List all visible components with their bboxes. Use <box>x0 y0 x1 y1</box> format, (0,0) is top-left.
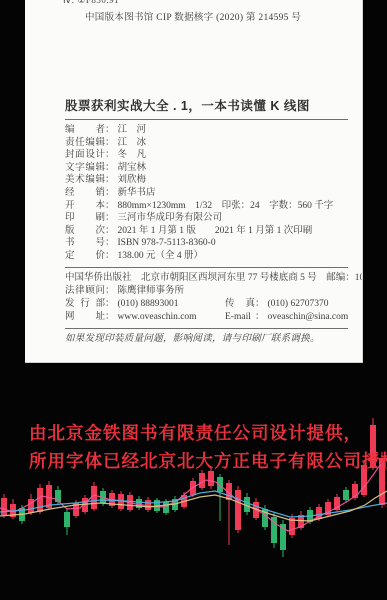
row-value: 三河市华成印务有限公司 <box>118 213 223 223</box>
row-value: oveaschin@sina.com <box>268 312 349 322</box>
colophon-row: 开本：880mm×1230mm 1/32 印张：24 字数：560 千字 <box>65 200 348 213</box>
row-value: 刘欣梅 <box>118 175 147 185</box>
row-label: 定价 <box>65 250 105 263</box>
row-value: 江 冰 <box>118 138 147 148</box>
colophon-row: 编者：江 河 <box>65 124 348 137</box>
row-label: 法律顾问 <box>65 285 105 298</box>
colophon-row: 文字编辑：胡宝林 <box>65 162 348 175</box>
colophon-row: 印刷：三河市华成印务有限公司 <box>65 212 348 225</box>
colophon-row: 定价：138.00 元（全 4 册） <box>65 250 348 263</box>
publisher-row: 发行部：(010) 88893001传真：(010) 62707370 <box>65 298 348 311</box>
copyright-page-content: Ⅳ. ①F830.91 中国版本图书馆 CIP 数据核字 (2020) 第 21… <box>25 0 362 346</box>
row-label: 文字编辑 <box>65 162 105 175</box>
colophon-row: 封面设计：冬 凡 <box>65 149 348 162</box>
colophon-row: 版次：2021 年 1 月第 1 版 2021 年 1 月第 1 次印刷 <box>65 225 348 238</box>
row-value: 胡宝林 <box>118 163 147 173</box>
font-license-line-2: 所用字体已经北京北大方正电子有限公司授权。 <box>29 448 387 476</box>
copyright-page-card: Ⅳ. ①F830.91 中国版本图书馆 CIP 数据核字 (2020) 第 21… <box>25 0 363 363</box>
row-label: 传真 <box>225 298 255 311</box>
row-label: 版次 <box>65 225 105 238</box>
row-value: (010) 88893001 <box>118 299 179 309</box>
row-label: 美术编辑 <box>65 174 105 187</box>
row-label: 网址 <box>65 311 105 324</box>
row-value: 138.00 元（全 4 册） <box>118 251 204 261</box>
row-value: 2021 年 1 月第 1 版 2021 年 1 月第 1 次印刷 <box>118 226 313 236</box>
row-value: www.oveaschin.com <box>118 312 197 322</box>
font-license-notice: 由北京金铁图书有限责任公司设计提供， 所用字体已经北京北大方正电子有限公司授权。 <box>29 420 387 475</box>
publisher-address-line: 中国华侨出版社 北京市朝阳区西坝河东里 77 号楼底商 5 号 邮编：10002… <box>65 272 348 285</box>
row-label: 开本 <box>65 200 105 213</box>
cip-record-line: 中国版本图书馆 CIP 数据核字 (2020) 第 214595 号 <box>85 12 348 24</box>
row-label: E-mail <box>225 311 255 324</box>
font-license-line-1: 由北京金铁图书有限责任公司设计提供， <box>29 420 387 448</box>
row-label: 编者 <box>65 124 105 137</box>
row-label: 经销 <box>65 187 105 200</box>
divider-under-title <box>65 119 348 120</box>
divider-above-publisher <box>65 267 348 268</box>
publisher-row: 网址：www.oveaschin.comE-mail：oveaschin@sin… <box>65 311 348 324</box>
row-value: 陈鹰律师事务所 <box>118 286 185 296</box>
divider-above-note <box>65 328 348 329</box>
row-value: ISBN 978-7-5113-8360-0 <box>118 238 216 248</box>
publisher-rows: 法律顾问：陈鹰律师事务所发行部：(010) 88893001传真：(010) 6… <box>65 285 348 324</box>
colophon-row: 书号：ISBN 978-7-5113-8360-0 <box>65 237 348 250</box>
colophon-rows: 编者：江 河责任编辑：江 冰封面设计：冬 凡文字编辑：胡宝林美术编辑：刘欣梅经销… <box>65 124 348 263</box>
row-label: 封面设计 <box>65 149 105 162</box>
row-value: (010) 62707370 <box>268 299 329 309</box>
row-label: 印刷 <box>65 212 105 225</box>
colophon-row: 美术编辑：刘欣梅 <box>65 174 348 187</box>
publisher-block: 中国华侨出版社 北京市朝阳区西坝河东里 77 号楼底商 5 号 邮编：10002… <box>65 272 348 324</box>
book-title: 股票获利实战大全 . 1，一本书读懂 K 线图 <box>65 98 348 115</box>
publisher-row: 法律顾问：陈鹰律师事务所 <box>65 285 348 298</box>
row-value: 冬 凡 <box>118 150 147 160</box>
cip-classification-line: Ⅳ. ①F830.91 <box>63 0 348 5</box>
row-label: 发行部 <box>65 298 105 311</box>
row-label: 责任编辑 <box>65 137 105 150</box>
book-colophon-photo: Ⅳ. ①F830.91 中国版本图书馆 CIP 数据核字 (2020) 第 21… <box>0 0 387 600</box>
colophon-row: 经销：新华书店 <box>65 187 348 200</box>
publisher-row-col2: E-mail：oveaschin@sina.com <box>225 311 348 324</box>
row-value: 880mm×1230mm 1/32 印张：24 字数：560 千字 <box>118 201 334 211</box>
colophon-row: 责任编辑：江 冰 <box>65 137 348 150</box>
row-value: 新华书店 <box>118 188 156 198</box>
row-value: 江 河 <box>118 125 147 135</box>
row-label: 书号 <box>65 237 105 250</box>
publisher-row-col2: 传真：(010) 62707370 <box>225 298 328 311</box>
print-quality-note: 如果发现印装质量问题，影响阅读，请与印刷厂联系调换。 <box>65 333 348 346</box>
